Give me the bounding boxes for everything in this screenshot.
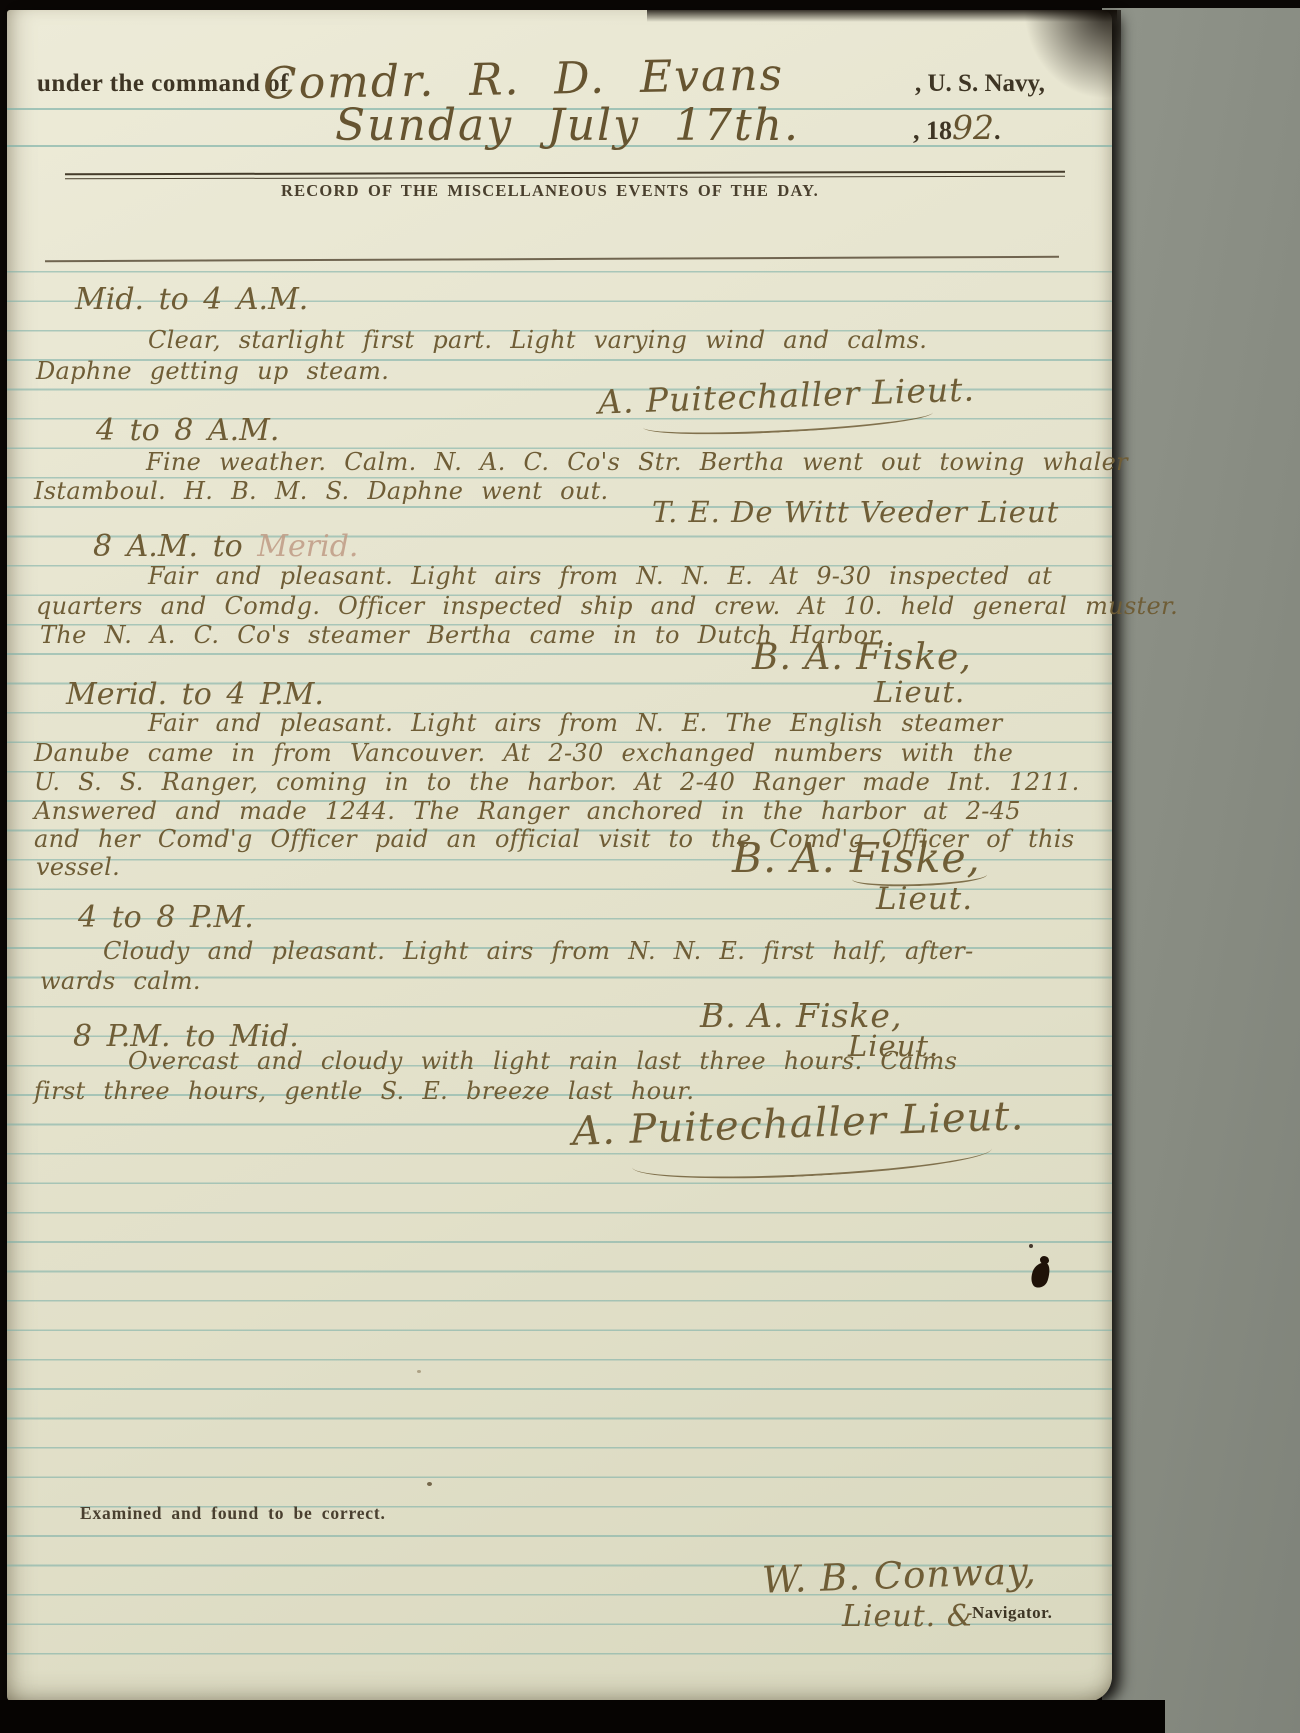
log-line: quarters and Comdg. Officer inspected sh… [36,593,1178,619]
log-line: U. S. S. Ranger, coming in to the harbor… [34,769,1080,795]
signature-rank: Lieut. [876,882,973,916]
navigator-label: Navigator. [972,1604,1052,1623]
corner-smudge [1021,10,1121,102]
log-line: Fair and pleasant. Light airs from N. N.… [148,563,1052,589]
watch-heading: 4 to 8 P.M. [78,901,254,934]
log-line: Cloudy and pleasant. Light airs from N. … [103,938,973,964]
section-title: RECORD OF THE MISCELLANEOUS EVENTS OF TH… [250,182,850,200]
watch-heading: Mid. to 4 A.M. [75,283,308,316]
date-handwritten: Sunday July 17th. [335,102,800,150]
log-line: Danube came in from Vancouver. At 2-30 e… [34,740,1013,766]
log-page: under the command of Comdr. R. D. Evans … [7,10,1112,1702]
header-double-rule [65,171,1065,180]
watch-heading: 8 A.M. to Merid. [93,530,358,563]
log-line: first three hours, gentle S. E. breeze l… [34,1078,694,1104]
log-line: wards calm. [40,968,201,994]
signature: B. A. Fiske, [752,638,972,678]
year-prefix: , 18 [913,116,952,145]
ink-blot [1040,1256,1049,1264]
command-label: under the command of [37,70,289,98]
watch-prefix: 8 A.M. to [93,529,257,564]
log-line: Fair and pleasant. Light airs from N. E.… [148,710,1003,736]
logbook-scan: under the command of Comdr. R. D. Evans … [0,0,1300,1733]
log-line: Overcast and cloudy with light rain last… [128,1048,957,1074]
signature-rank: Lieut. [874,677,965,709]
watch-faded: Merid. [257,529,358,564]
log-line: Fine weather. Calm. N. A. C. Co's Str. B… [146,449,1128,475]
section-title-rule [45,256,1059,262]
log-line: Clear, starlight first part. Light varyi… [148,327,927,353]
year-script: 92 [952,108,994,147]
log-line: Istamboul. H. B. M. S. Daphne went out. [34,478,609,504]
year-group: , 1892. [913,110,1001,146]
ink-speck [427,1482,432,1486]
top-edge-smudge [647,10,1117,22]
ink-speck [1029,1244,1033,1248]
navigator-rank: Lieut. & [842,1600,974,1633]
backing-board [1102,8,1300,1733]
watch-heading: 4 to 8 A.M. [96,414,279,447]
signature: T. E. De Witt Veeder Lieut [652,497,1059,529]
log-line: Daphne getting up steam. [36,358,389,384]
year-period: . [994,116,1001,145]
log-line: vessel. [36,854,120,880]
examined-statement: Examined and found to be correct. [80,1504,386,1523]
scan-bottom-shadow [0,1700,1165,1733]
ink-speck [417,1370,421,1373]
watch-heading: Merid. to 4 P.M. [66,678,324,711]
log-line: Answered and made 1244. The Ranger ancho… [34,798,1021,824]
